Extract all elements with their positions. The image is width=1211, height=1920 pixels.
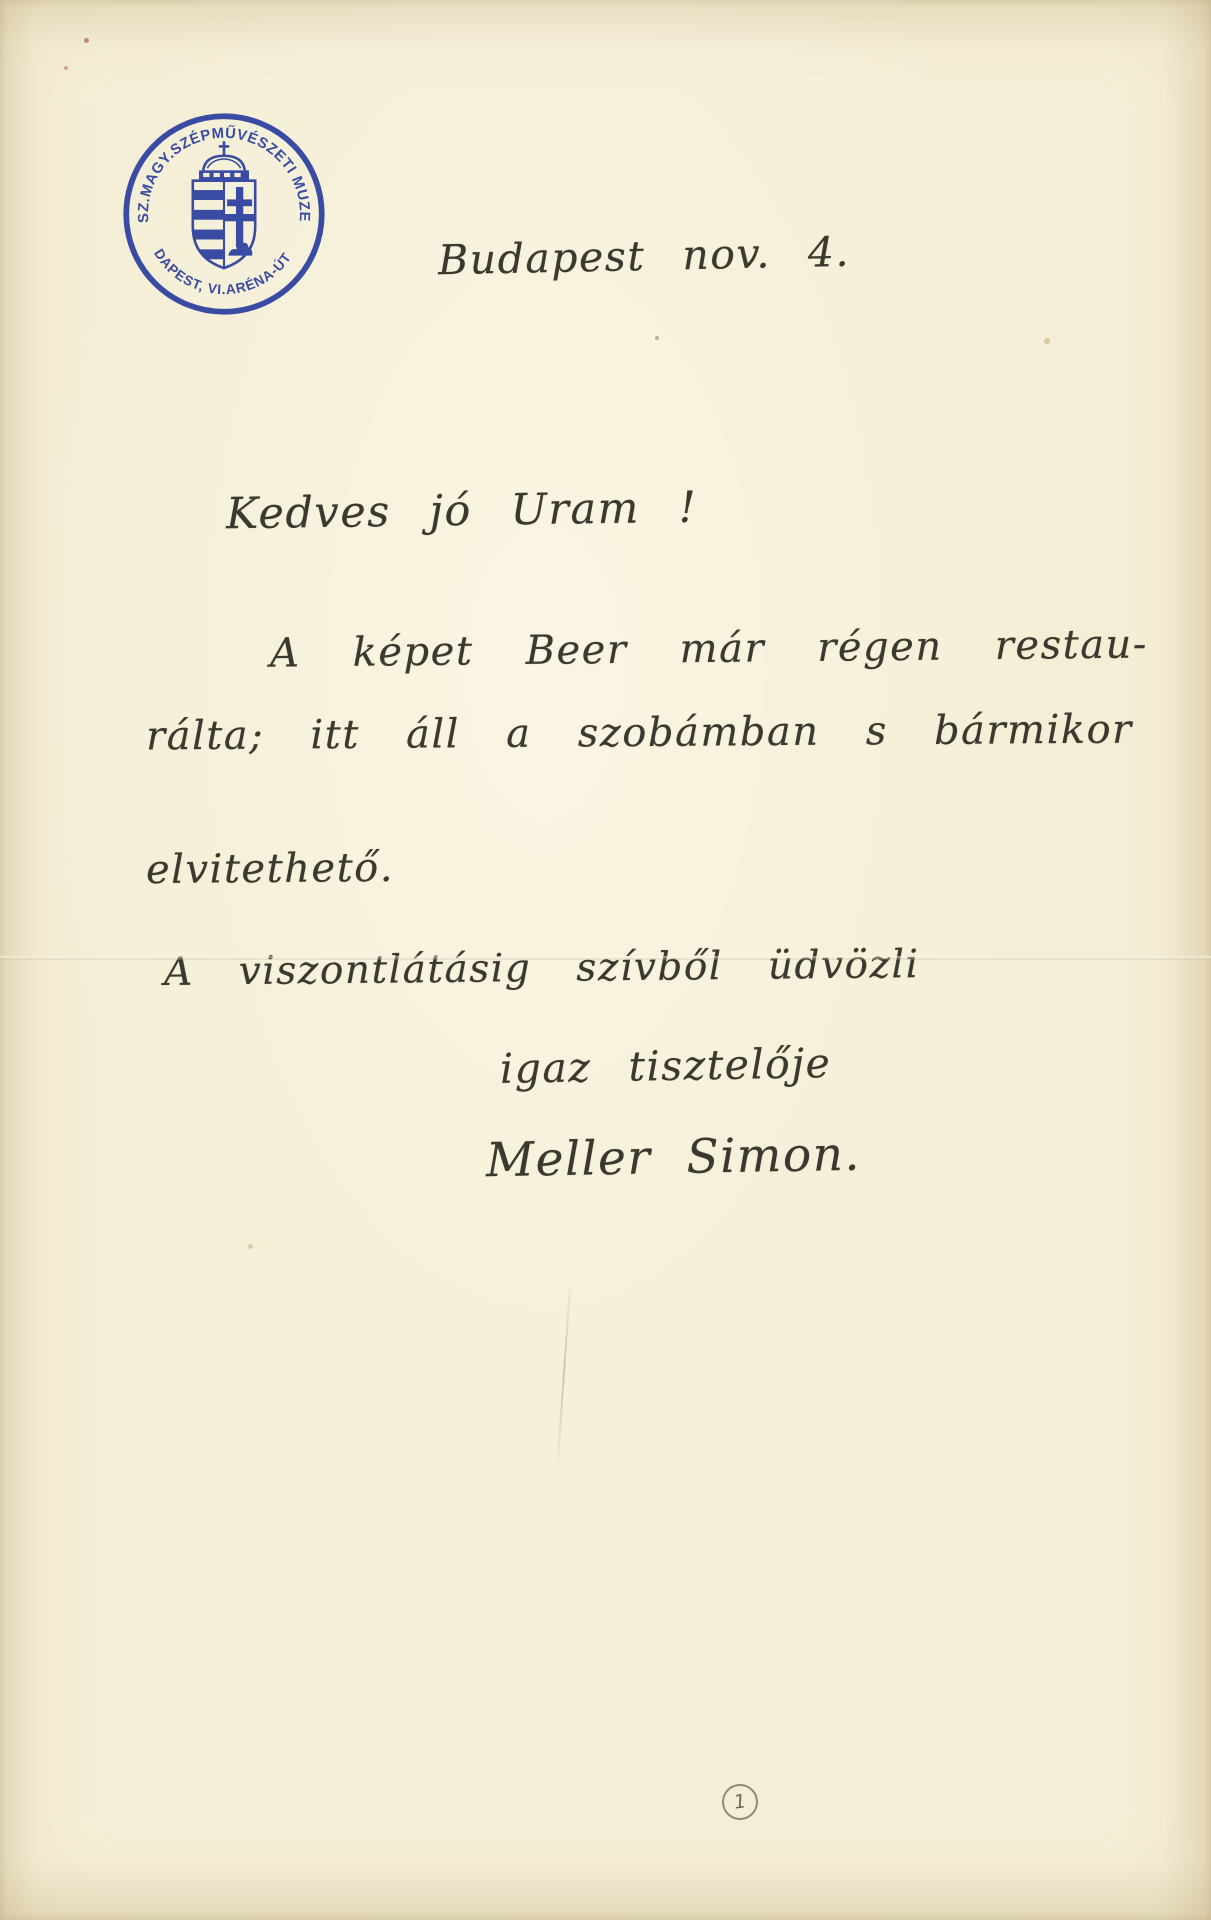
date-line: Budapest nov. 4. — [438, 228, 851, 285]
hungarian-coat-of-arms-icon — [193, 141, 255, 268]
fold-line — [0, 956, 1211, 960]
body-line-3: elvitethető. — [146, 845, 394, 893]
age-spot — [1044, 338, 1050, 344]
salutation-line: Kedves jó Uram ! — [226, 483, 698, 540]
paper-crease — [557, 1285, 571, 1460]
letter-page: ✱ ORSZ.MAGY.SZÉPMŰVÉSZETI MUZEUM ✱ BUDAP… — [0, 0, 1211, 1920]
museum-stamp: ✱ ORSZ.MAGY.SZÉPMŰVÉSZETI MUZEUM ✱ BUDAP… — [120, 110, 328, 318]
age-spot — [248, 1244, 253, 1249]
museum-stamp-graphic: ✱ ORSZ.MAGY.SZÉPMŰVÉSZETI MUZEUM ✱ BUDAP… — [120, 110, 328, 318]
age-spot — [84, 38, 89, 43]
body-line-2: rálta; itt áll a szobámban s bármikor — [146, 707, 1133, 760]
body-line-4: A viszontlátásig szívből üdvözli — [164, 942, 920, 995]
closing-line: igaz tisztelője — [500, 1039, 832, 1093]
page-number: 1 — [732, 1790, 747, 1813]
body-line-1: A képet Beer már régen restau- — [270, 621, 1148, 676]
age-spot — [64, 66, 68, 70]
stamp-ring-top-text: ✱ ORSZ.MAGY.SZÉPMŰVÉSZETI MUZEUM ✱ — [120, 110, 312, 223]
signature-line: Meller Simon. — [486, 1127, 862, 1189]
age-spot — [655, 336, 659, 340]
page-number-circle: 1 — [720, 1782, 761, 1823]
